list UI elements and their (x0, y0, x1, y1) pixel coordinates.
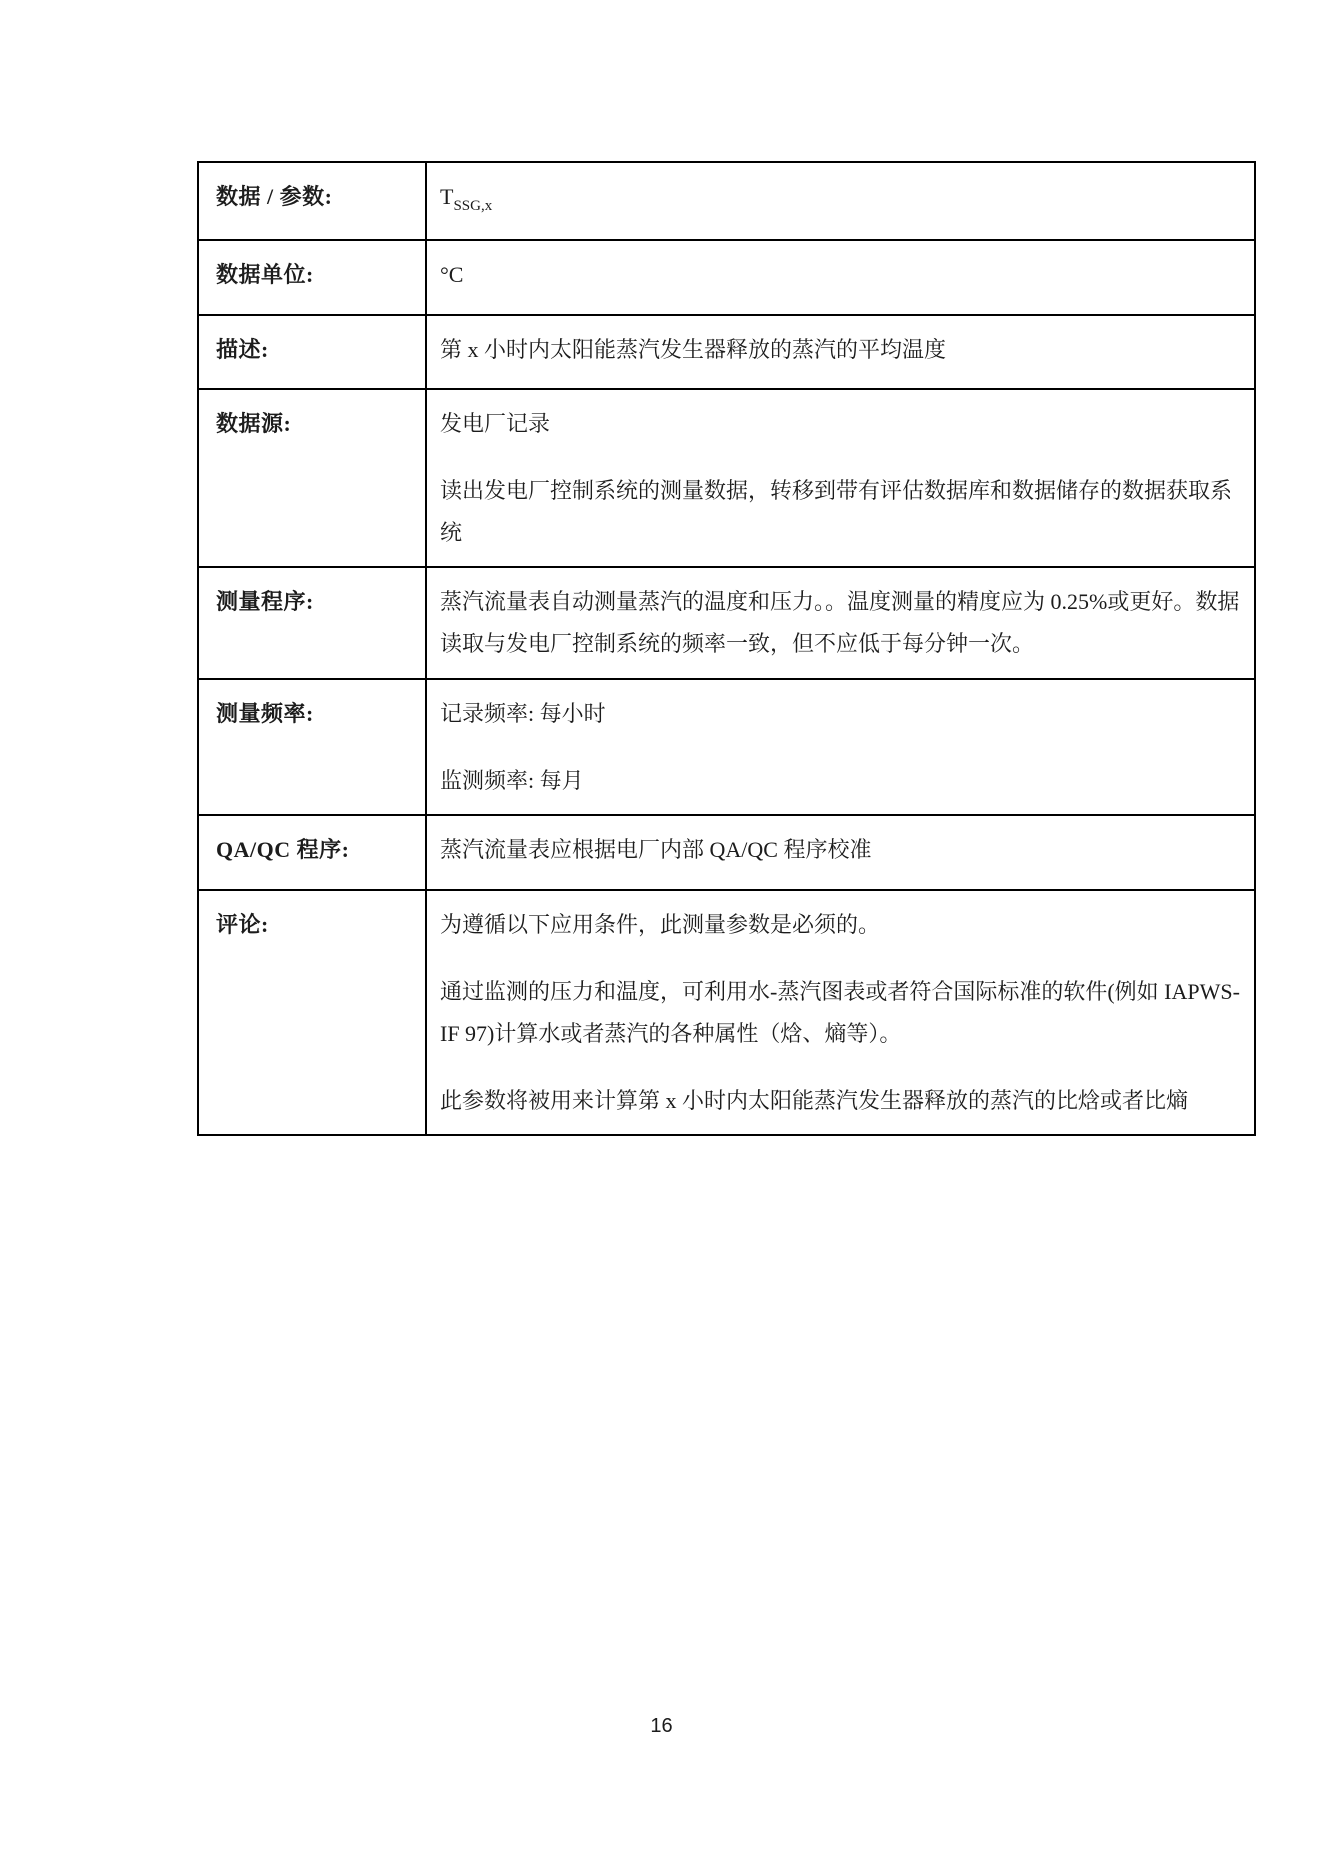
row-label: 数据 / 参数: (199, 163, 427, 239)
content-paragraph: 蒸汽流量表应根据电厂内部 QA/QC 程序校准 (440, 829, 1246, 871)
content-paragraph: 通过监测的压力和温度，可利用水-蒸汽图表或者符合国际标准的软件(例如 IAPWS… (440, 971, 1246, 1055)
row-content: 蒸汽流量表自动测量蒸汽的温度和压力。。温度测量的精度应为 0.25%或更好。数据… (427, 568, 1254, 678)
row-label: 数据源: (199, 390, 427, 566)
content-paragraph: 此参数将被用来计算第 x 小时内太阳能蒸汽发生器释放的蒸汽的比焓或者比熵 (440, 1080, 1246, 1122)
row-label: 评论: (199, 891, 427, 1134)
row-content: 为遵循以下应用条件，此测量参数是必须的。通过监测的压力和温度，可利用水-蒸汽图表… (427, 891, 1254, 1134)
row-label: 描述: (199, 316, 427, 388)
content-paragraph: 监测频率: 每月 (440, 760, 1246, 802)
row-content: 发电厂记录读出发电厂控制系统的测量数据，转移到带有评估数据库和数据储存的数据获取… (427, 390, 1254, 566)
content-paragraph: 蒸汽流量表自动测量蒸汽的温度和压力。。温度测量的精度应为 0.25%或更好。数据… (440, 581, 1246, 665)
content-paragraph: 记录频率: 每小时 (440, 693, 1246, 735)
table-row: 数据单位:°C (199, 239, 1254, 314)
page-number: 16 (0, 1715, 1323, 1738)
content-paragraph: 为遵循以下应用条件，此测量参数是必须的。 (440, 904, 1246, 946)
parameter-table: 数据 / 参数:TSSG,x数据单位:°C描述:第 x 小时内太阳能蒸汽发生器释… (197, 161, 1256, 1136)
table-row: 测量频率:记录频率: 每小时监测频率: 每月 (199, 678, 1254, 814)
table-row: 测量程序:蒸汽流量表自动测量蒸汽的温度和压力。。温度测量的精度应为 0.25%或… (199, 566, 1254, 678)
row-label: 测量频率: (199, 680, 427, 814)
row-content: 记录频率: 每小时监测频率: 每月 (427, 680, 1254, 814)
content-paragraph: °C (440, 254, 1246, 296)
row-label: 测量程序: (199, 568, 427, 678)
content-paragraph: 发电厂记录 (440, 403, 1246, 445)
row-label: 数据单位: (199, 241, 427, 314)
document-page: 数据 / 参数:TSSG,x数据单位:°C描述:第 x 小时内太阳能蒸汽发生器释… (0, 0, 1323, 1871)
row-content: TSSG,x (427, 163, 1254, 239)
table-row: 描述:第 x 小时内太阳能蒸汽发生器释放的蒸汽的平均温度 (199, 314, 1254, 388)
content-paragraph: TSSG,x (440, 176, 1246, 227)
row-label: QA/QC 程序: (199, 816, 427, 889)
content-paragraph: 读出发电厂控制系统的测量数据，转移到带有评估数据库和数据储存的数据获取系统 (440, 470, 1246, 554)
row-content: 蒸汽流量表应根据电厂内部 QA/QC 程序校准 (427, 816, 1254, 889)
table-row: 数据 / 参数:TSSG,x (199, 163, 1254, 239)
content-paragraph: 第 x 小时内太阳能蒸汽发生器释放的蒸汽的平均温度 (440, 329, 1246, 371)
row-content: 第 x 小时内太阳能蒸汽发生器释放的蒸汽的平均温度 (427, 316, 1254, 388)
table-row: QA/QC 程序:蒸汽流量表应根据电厂内部 QA/QC 程序校准 (199, 814, 1254, 889)
table-row: 评论:为遵循以下应用条件，此测量参数是必须的。通过监测的压力和温度，可利用水-蒸… (199, 889, 1254, 1134)
table-row: 数据源:发电厂记录读出发电厂控制系统的测量数据，转移到带有评估数据库和数据储存的… (199, 388, 1254, 566)
row-content: °C (427, 241, 1254, 314)
